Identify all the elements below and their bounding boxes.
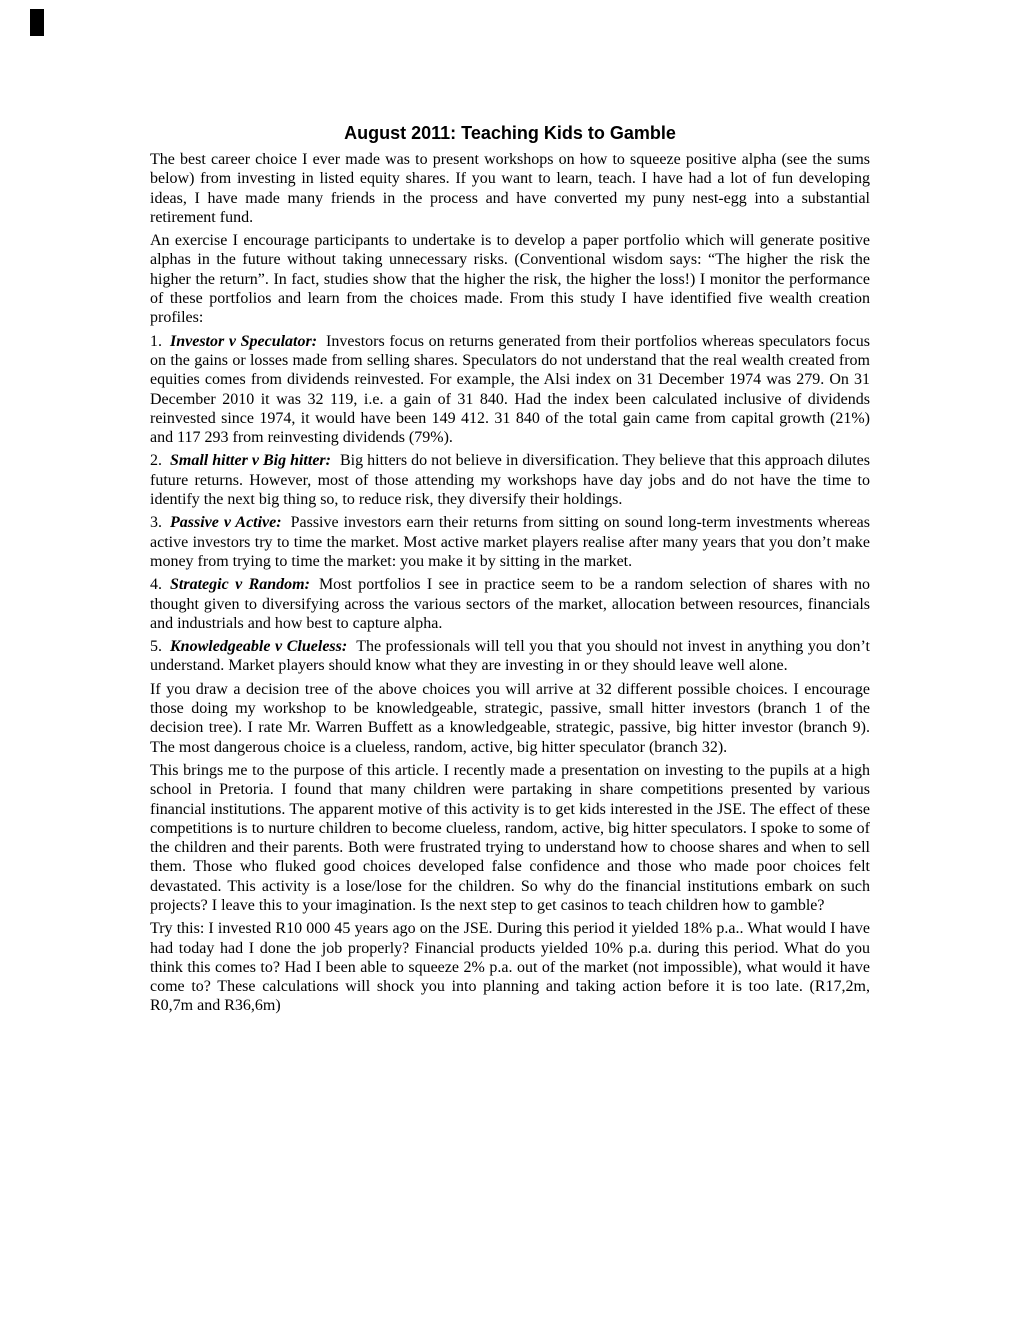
list-label: Strategic v Random:: [170, 576, 310, 593]
paragraph-exercise: An exercise I encourage participants to …: [150, 231, 870, 327]
profile-item-investor-v-speculator: 1.Investor v Speculator:Investors focus …: [150, 332, 870, 448]
cursor-mark: [30, 9, 44, 36]
list-label: Passive v Active:: [170, 514, 282, 531]
profile-item-strategic-v-random: 4.Strategic v Random:Most portfolios I s…: [150, 575, 870, 633]
list-number: 2.: [150, 452, 162, 469]
list-number: 5.: [150, 638, 162, 655]
list-number: 4.: [150, 576, 162, 593]
profile-item-knowledgeable-v-clueless: 5.Knowledgeable v Clueless:The professio…: [150, 637, 870, 676]
list-number: 1.: [150, 333, 162, 350]
list-number: 3.: [150, 514, 162, 531]
paragraph-purpose: This brings me to the purpose of this ar…: [150, 761, 870, 915]
list-label: Knowledgeable v Clueless:: [170, 638, 347, 655]
document-page: August 2011: Teaching Kids to Gamble The…: [0, 0, 1020, 1320]
profile-item-passive-v-active: 3.Passive v Active:Passive investors ear…: [150, 513, 870, 571]
paragraph-try-this: Try this: I invested R10 000 45 years ag…: [150, 919, 870, 1015]
paragraph-intro: The best career choice I ever made was t…: [150, 150, 870, 227]
paragraph-text: The best career choice I ever made was t…: [150, 151, 870, 226]
list-label: Small hitter v Big hitter:: [170, 452, 331, 469]
document-title: August 2011: Teaching Kids to Gamble: [150, 122, 870, 144]
list-label: Investor v Speculator:: [170, 333, 317, 350]
paragraph-decision-tree: If you draw a decision tree of the above…: [150, 680, 870, 757]
paragraph-text: If you draw a decision tree of the above…: [150, 681, 870, 756]
profile-item-small-hitter-v-big-hitter: 2.Small hitter v Big hitter:Big hitters …: [150, 451, 870, 509]
paragraph-text: Try this: I invested R10 000 45 years ag…: [150, 920, 870, 1014]
paragraph-text: This brings me to the purpose of this ar…: [150, 762, 870, 914]
paragraph-text: An exercise I encourage participants to …: [150, 232, 870, 326]
